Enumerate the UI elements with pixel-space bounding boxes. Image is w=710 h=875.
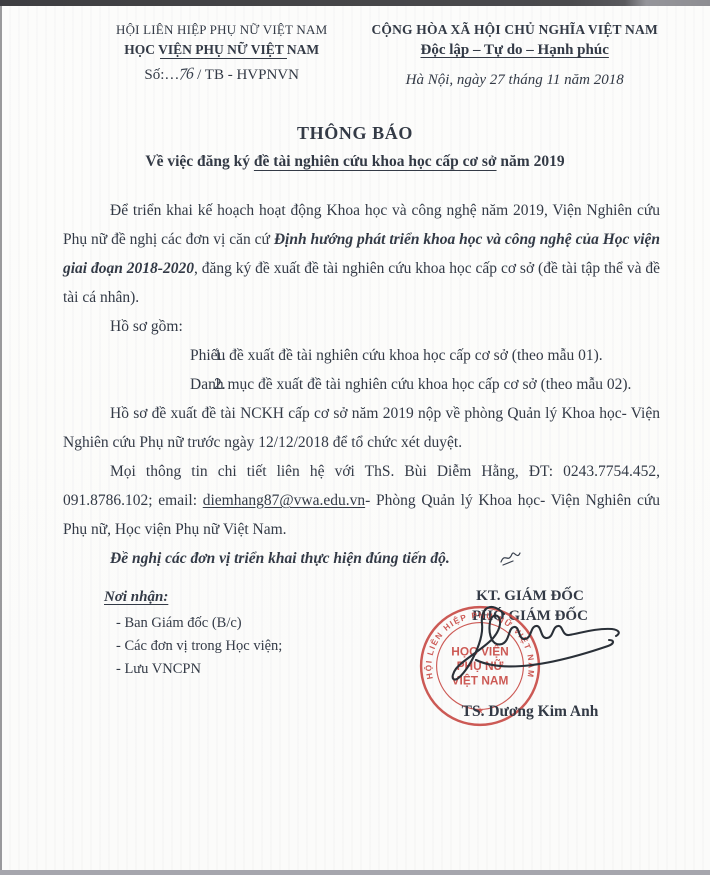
doc-number-suffix: / TB - HVPNVN — [193, 67, 299, 83]
dossier-heading: Hồ sơ gồm: — [63, 312, 660, 341]
signer-name: TS. Dương Kim Anh — [390, 703, 670, 721]
dossier-item-2-number: 2. — [167, 370, 190, 399]
dossier-item-2-text: Danh mục đề xuất đề tài nghiên cứu khoa … — [190, 376, 631, 393]
national-motto-line1: CỘNG HÒA XÃ HỘI CHỦ NGHĨA VIỆT NAM — [351, 22, 678, 38]
document-number: Số:…76 / TB - HVPNVN — [92, 66, 351, 84]
paragraph-contact: Mọi thông tin chi tiết liên hệ với ThS. … — [63, 457, 660, 544]
scanned-document-page: HỘI LIÊN HIỆP PHỤ NỮ VIỆT NAM HỌC VIỆN P… — [0, 0, 710, 875]
recipients-block: Nơi nhận: - Ban Giám đốc (B/c) - Các đơn… — [104, 586, 344, 721]
paragraph-deadline: Hồ sơ đề xuất đề tài NCKH cấp cơ sở năm … — [63, 399, 660, 457]
document-title: THÔNG BÁO — [0, 123, 710, 144]
recipients-heading: Nơi nhận: — [104, 586, 344, 609]
subtitle-suffix: năm 2019 — [497, 153, 565, 170]
issuing-org-block: HỘI LIÊN HIỆP PHỤ NỮ VIỆT NAM HỌC VIỆN P… — [92, 22, 351, 89]
doc-number-prefix: Số:… — [144, 67, 179, 83]
scan-edge-left — [0, 0, 2, 875]
scan-edge-bottom — [0, 870, 710, 875]
recipient-item: - Các đơn vị trong Học viện; — [104, 635, 344, 658]
parent-org-name: HỘI LIÊN HIỆP PHỤ NỮ VIỆT NAM — [92, 22, 351, 38]
scan-edge-top — [0, 0, 710, 6]
handwritten-signature — [442, 596, 638, 696]
dossier-item-1: 1.Phiếu đề xuất đề tài nghiên cứu khoa h… — [63, 341, 660, 370]
document-body: Để triển khai kế hoạch hoạt động Khoa họ… — [63, 196, 660, 577]
subtitle-underlined: đề tài nghiên cứu khoa học cấp cơ sở — [254, 153, 497, 170]
closing-request-text: Đề nghị các đơn vị triển khai thực hiện … — [110, 550, 450, 567]
handwritten-mark — [451, 548, 522, 577]
contact-email-link[interactable]: diemhang87@vwa.edu.vn — [203, 492, 365, 509]
document-subtitle: Về việc đăng ký đề tài nghiên cứu khoa h… — [0, 153, 710, 171]
dossier-item-1-text: Phiếu đề xuất đề tài nghiên cứu khoa học… — [190, 347, 603, 364]
recipient-item: - Ban Giám đốc (B/c) — [104, 612, 344, 635]
org-name-text: HỌC VIỆN PHỤ NỮ VIỆT NAM — [124, 42, 319, 57]
handwritten-number: 76 — [179, 65, 193, 85]
closing-request: Đề nghị các đơn vị triển khai thực hiện … — [63, 544, 660, 577]
subtitle-prefix: Về việc đăng ký — [145, 153, 254, 170]
national-header-block: CỘNG HÒA XÃ HỘI CHỦ NGHĨA VIỆT NAM Độc l… — [351, 22, 678, 89]
national-motto-line2: Độc lập – Tự do – Hạnh phúc — [351, 42, 678, 59]
dateline: Hà Nội, ngày 27 tháng 11 năm 2018 — [351, 72, 678, 89]
org-underline — [160, 58, 287, 59]
dossier-item-2: 2.Danh mục đề xuất đề tài nghiên cứu kho… — [63, 370, 660, 399]
org-name: HỌC VIỆN PHỤ NỮ VIỆT NAM — [124, 42, 319, 58]
document-header: HỘI LIÊN HIỆP PHỤ NỮ VIỆT NAM HỌC VIỆN P… — [0, 0, 710, 89]
recipient-item: - Lưu VNCPN — [104, 658, 344, 681]
paragraph-intro: Để triển khai kế hoạch hoạt động Khoa họ… — [63, 196, 660, 312]
dossier-item-1-number: 1. — [167, 341, 190, 370]
